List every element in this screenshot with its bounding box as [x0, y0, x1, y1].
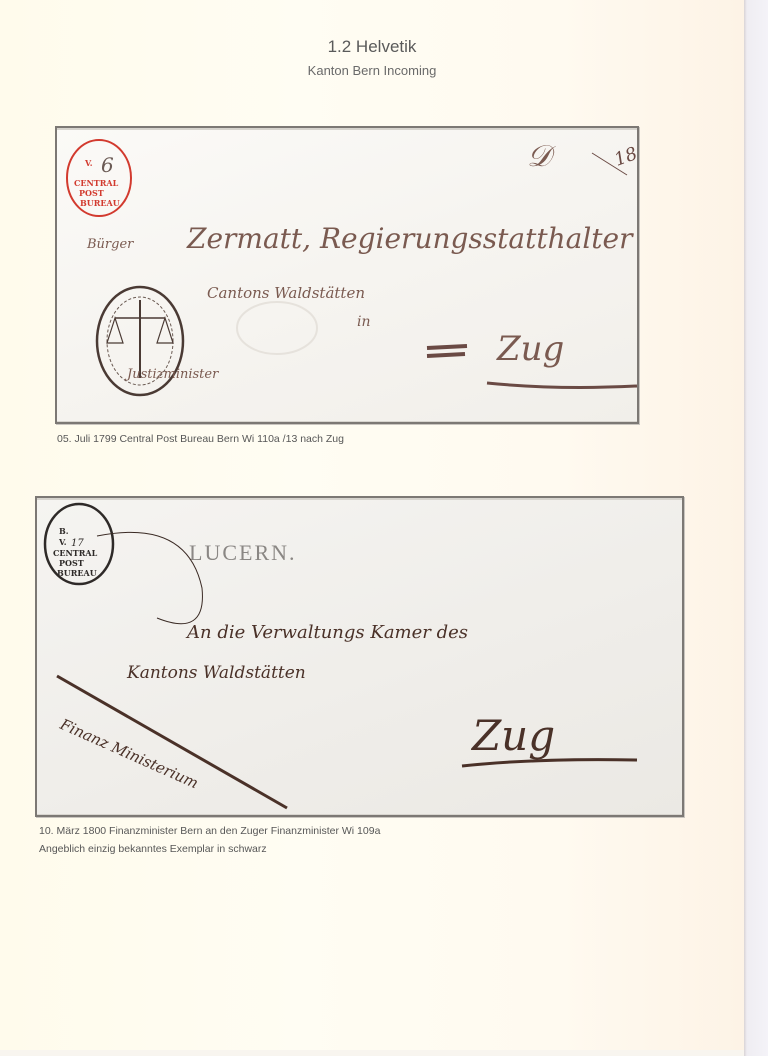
black-postmark-stamp: B. V. CENTRAL POST BUREAU 17	[45, 504, 113, 584]
svg-text:𝒟: 𝒟	[527, 139, 556, 174]
page-bottom-edge	[0, 1050, 744, 1056]
rate-mark: 6	[101, 153, 114, 177]
svg-text:Zug: Zug	[496, 329, 564, 369]
svg-text:V.: V.	[58, 537, 67, 547]
svg-text:in: in	[357, 314, 371, 330]
svg-text:Finanz Ministerium: Finanz Ministerium	[56, 715, 201, 793]
svg-text:Justizminister: Justizminister	[124, 367, 219, 382]
rate-mark: 17	[71, 538, 84, 549]
svg-text:Cantons Waldstätten: Cantons Waldstätten	[207, 284, 365, 302]
svg-text:B.: B.	[59, 526, 69, 536]
svg-text:An die Verwaltungs Kamer des: An die Verwaltungs Kamer des	[185, 622, 468, 643]
svg-text:BUREAU: BUREAU	[57, 568, 97, 578]
svg-text:POST: POST	[79, 188, 104, 198]
cover-image-1800: B. V. CENTRAL POST BUREAU 17 LUCERN. An …	[35, 496, 684, 817]
page-subtitle: Kanton Bern Incoming	[0, 63, 744, 78]
caption-1800: 10. März 1800 Finanzminister Bern an den…	[39, 822, 380, 858]
corner-rate-mark: 18.	[612, 141, 637, 171]
svg-text:POST: POST	[59, 558, 84, 568]
page-title: 1.2 Helvetik	[0, 37, 744, 57]
cover-image-1799: V. CENTRAL POST BUREAU 6 18. 𝒟 Bürger Ze…	[55, 126, 639, 424]
red-postmark-stamp: V. CENTRAL POST BUREAU 6	[67, 140, 131, 216]
svg-text:Bürger: Bürger	[86, 237, 134, 252]
page-edge	[744, 0, 768, 1056]
svg-text:BUREAU: BUREAU	[80, 198, 120, 208]
svg-text:V.: V.	[84, 158, 93, 168]
caption-1799: 05. Juli 1799 Central Post Bureau Bern W…	[57, 430, 344, 448]
lucern-transit-mark: LUCERN.	[189, 540, 297, 565]
svg-text:CENTRAL: CENTRAL	[74, 178, 119, 188]
svg-text:Kantons Waldstätten: Kantons Waldstätten	[126, 663, 306, 683]
svg-text:Zug: Zug	[470, 711, 555, 760]
svg-text:Zermatt, Regierungsstatthalter: Zermatt, Regierungsstatthalter des	[186, 222, 637, 255]
svg-text:CENTRAL: CENTRAL	[53, 548, 98, 558]
